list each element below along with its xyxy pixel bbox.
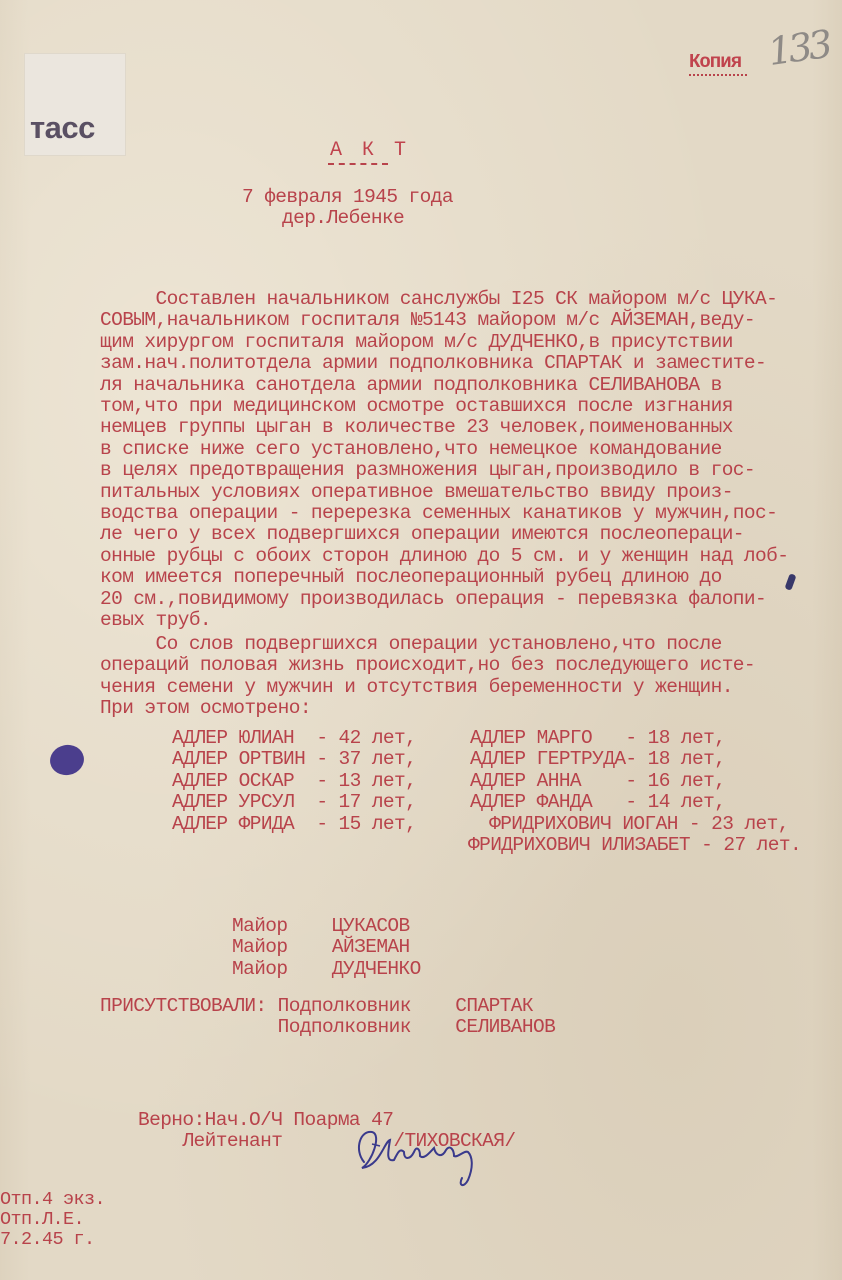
body-paragraph-2: Со слов подвергшихся операции установлен… [100,634,755,720]
examined-person: ФРИДРИХОВИЧ ИОГАН - 23 лет, [478,814,801,835]
distribution-line: Отп.4 экз. [0,1190,105,1210]
text-line: в списке ниже сего установлено,что немец… [100,439,788,460]
text-line: 20 см.,повидимому производилась операция… [100,589,788,610]
handwritten-signature-icon [350,1122,490,1192]
examined-list-right: АДЛЕР МАРГО - 18 лет,АДЛЕР ГЕРТРУДА- 18 … [470,728,801,856]
text-line: зам.нач.политотдела армии подполковника … [100,353,788,374]
examined-person: АДЛЕР ОРТВИН - 37 лет, [172,749,416,770]
text-line: Со слов подвергшихся операции установлен… [100,634,755,655]
title-underline [328,163,388,165]
text-line: евых труб. [100,610,788,631]
text-line: чения семени у мужчин и отсутствия берем… [100,677,755,698]
examined-person: АДЛЕР АННА - 16 лет, [470,771,801,792]
present-block: ПРИСУТСТВОВАЛИ: Подполковник СПАРТАК Под… [100,996,555,1039]
examined-person: АДЛЕР ОСКАР - 13 лет, [172,771,416,792]
document-title: А К Т [330,140,410,161]
tass-watermark-logo: тасс [24,53,126,156]
present-person: Подполковник СЕЛИВАНОВ [100,1017,555,1038]
examined-person: АДЛЕР МАРГО - 18 лет, [470,728,801,749]
body-paragraph-1: Составлен начальником санслужбы I25 СК м… [100,289,788,632]
text-line: операций половая жизнь происходит,но без… [100,655,755,676]
text-line: водства операции - перерезка семенных ка… [100,503,788,524]
examined-person: АДЛЕР ФАНДА - 14 лет, [470,792,801,813]
signatory: Майор АЙЗЕМАН [232,937,421,958]
text-line: в целях предотвращения размножения цыган… [100,460,788,481]
text-line: питальных условиях оперативное вмешатель… [100,482,788,503]
examined-person: АДЛЕР ФРИДА - 15 лет, [172,814,416,835]
examined-list-left: АДЛЕР ЮЛИАН - 42 лет,АДЛЕР ОРТВИН - 37 л… [172,728,416,835]
copy-stamp: Копия [689,52,741,73]
distribution-line: 7.2.45 г. [0,1230,105,1250]
text-line: онные рубцы с обоих сторон длиною до 5 с… [100,546,788,567]
text-line: ком имеется поперечный послеоперационный… [100,567,788,588]
distribution-line: Отп.Л.Е. [0,1210,105,1230]
text-line: При этом осмотрено: [100,698,755,719]
examined-person: ФРИДРИХОВИЧ ИЛИЗАБЕТ - 27 лет. [468,835,801,856]
document-date: 7 февраля 1945 года [242,187,453,208]
text-line: немцев группы цыган в количестве 23 чело… [100,417,788,438]
copy-stamp-underline [689,74,747,76]
signatory: Майор ДУДЧЕНКО [232,959,421,980]
archive-page-number: 133 [765,22,831,74]
text-line: щим хирургом госпиталя майором м/с ДУДЧЕ… [100,332,788,353]
text-line: СОВЫМ,начальником госпиталя №5143 майоро… [100,310,788,331]
present-person: ПРИСУТСТВОВАЛИ: Подполковник СПАРТАК [100,996,555,1017]
document-place: дер.Лебенке [282,208,404,229]
signatories-block: Майор ЦУКАСОВМайор АЙЗЕМАНМайор ДУДЧЕНКО [232,916,421,980]
text-line: ле чего у всех подвергшихся операции име… [100,524,788,545]
text-line: Составлен начальником санслужбы I25 СК м… [100,289,788,310]
examined-person: АДЛЕР УРСУЛ - 17 лет, [172,792,416,813]
tass-logo-text: тасс [30,110,95,146]
text-line: том,что при медицинском осмотре оставших… [100,396,788,417]
text-line: ля начальника санотдела армии подполковн… [100,375,788,396]
distribution-note: Отп.4 экз.Отп.Л.Е.7.2.45 г. [0,1190,105,1250]
examined-person: АДЛЕР ЮЛИАН - 42 лет, [172,728,416,749]
signatory: Майор ЦУКАСОВ [232,916,421,937]
examined-person: АДЛЕР ГЕРТРУДА- 18 лет, [470,749,801,770]
ink-stain [47,742,86,778]
